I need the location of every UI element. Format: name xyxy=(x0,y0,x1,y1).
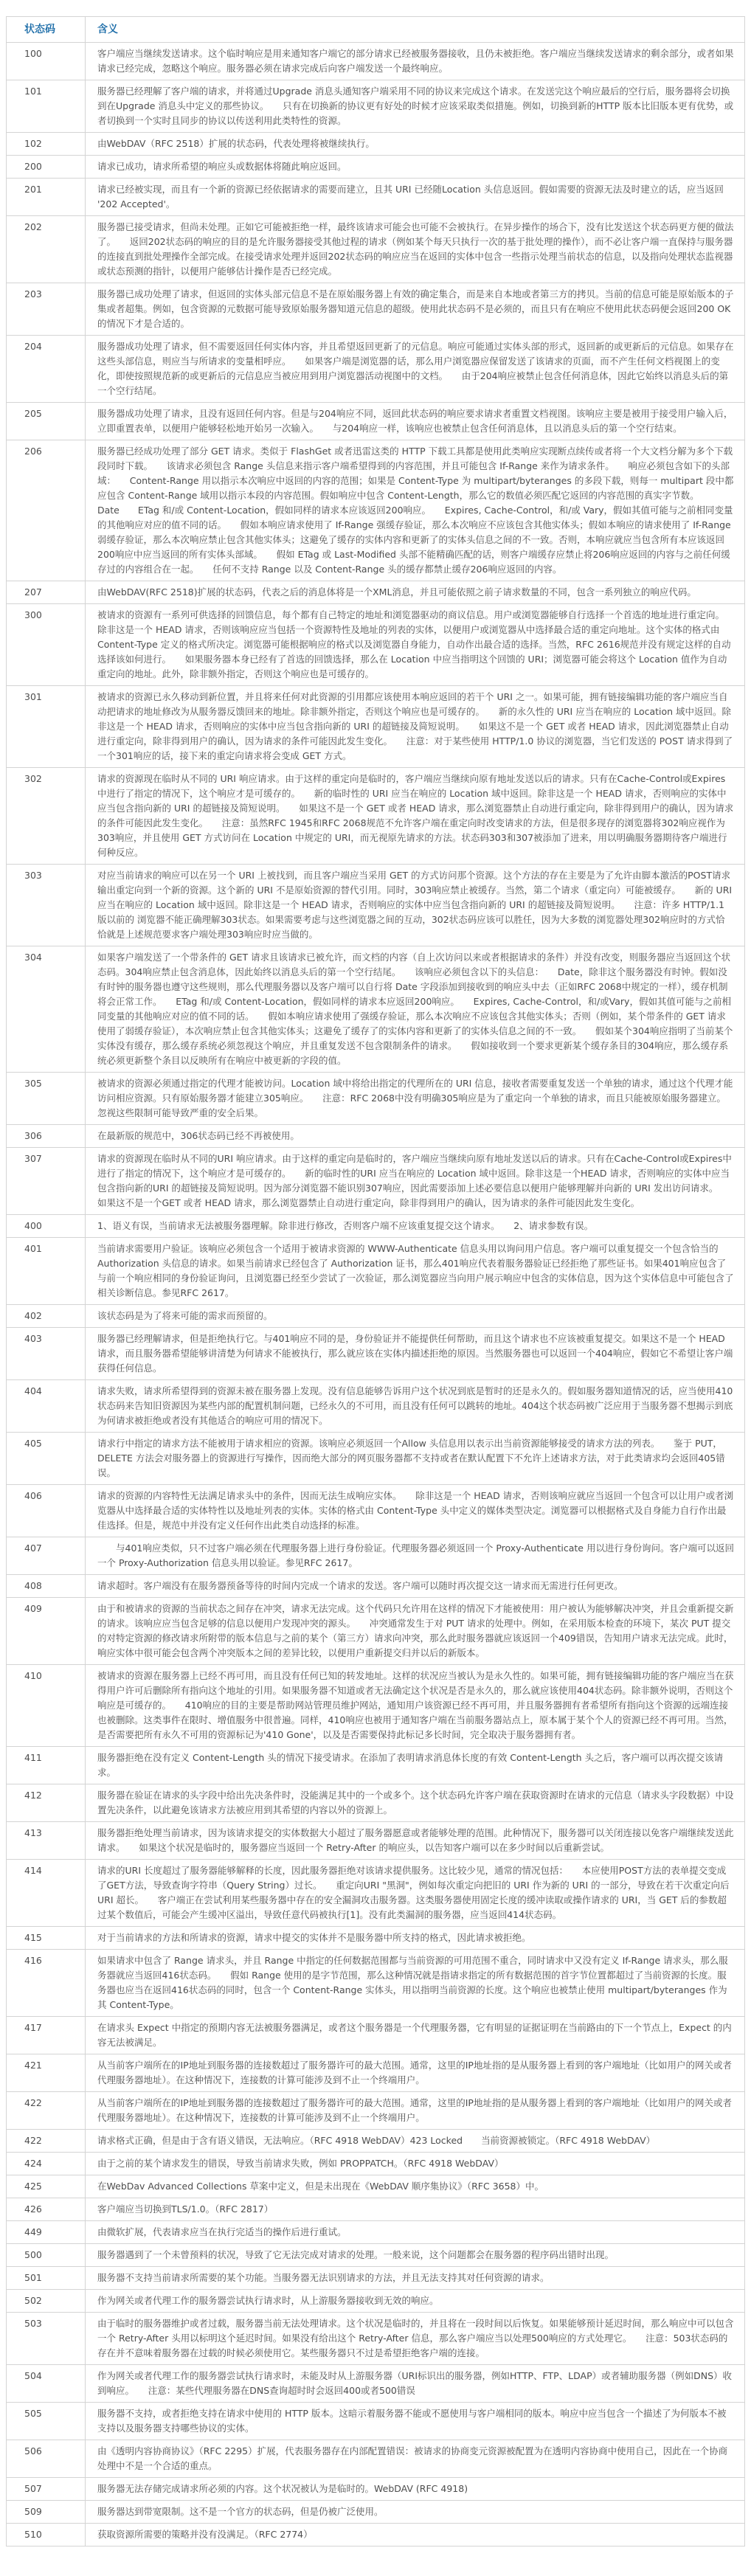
page: { "colors": { "header_text": "#1b6ca8", … xyxy=(0,0,751,2576)
status-code-cell: 304 xyxy=(7,946,86,1073)
status-meaning-cell: 请求的资源现在临时从不同的URI 响应请求。由于这样的重定向是临时的，客户端应当… xyxy=(86,1148,745,1215)
status-code-cell: 411 xyxy=(7,1747,86,1784)
status-code-cell: 417 xyxy=(7,2017,86,2054)
table-row: 403服务器已经理解请求，但是拒绝执行它。与401响应不同的是，身份验证并不能提… xyxy=(7,1328,745,1380)
status-meaning-cell: 作为网关或者代理工作的服务器尝试执行请求时，从上游服务器接收到无效的响应。 xyxy=(86,2290,745,2313)
status-meaning-cell: 如果请求中包含了 Range 请求头，并且 Range 中指定的任何数据范围都与… xyxy=(86,1950,745,2017)
table-row: 202服务器已接受请求，但尚未处理。正如它可能被拒绝一样，最终该请求可能会也可能… xyxy=(7,216,745,283)
status-code-cell: 305 xyxy=(7,1073,86,1125)
status-code-cell: 510 xyxy=(7,2524,86,2546)
status-meaning-cell: 由《透明内容协商协议》（RFC 2295）扩展，代表服务器存在内部配置错误：被请… xyxy=(86,2440,745,2478)
table-row: 102由WebDAV（RFC 2518）扩展的状态码，代表处理将被继续执行。 xyxy=(7,133,745,156)
table-row: 409由于和被请求的资源的当前状态之间存在冲突，请求无法完成。这个代码只允许用在… xyxy=(7,1598,745,1665)
table-row: 204服务器成功处理了请求，但不需要返回任何实体内容，并且希望返回更新了的元信息… xyxy=(7,336,745,403)
status-code-cell: 306 xyxy=(7,1125,86,1148)
status-meaning-cell: 被请求的资源有一系列可供选择的回馈信息，每个都有自己特定的地址和浏览器驱动的商议… xyxy=(86,604,745,686)
status-meaning-cell: 被请求的资源在服务器上已经不再可用，而且没有任何已知的转发地址。这样的状况应当被… xyxy=(86,1665,745,1747)
status-code-cell: 504 xyxy=(7,2365,86,2403)
status-meaning-cell: 服务器拒绝处理当前请求，因为该请求提交的实体数据大小超过了服务器愿意或者能够处理… xyxy=(86,1822,745,1860)
status-code-cell: 207 xyxy=(7,581,86,604)
status-code-cell: 408 xyxy=(7,1575,86,1598)
status-code-cell: 503 xyxy=(7,2313,86,2365)
table-row: 421从当前客户端所在的IP地址到服务器的连接数超过了服务器许可的最大范围。通常… xyxy=(7,2054,745,2092)
status-meaning-cell: 在WebDav Advanced Collections 草案中定义，但是未出现… xyxy=(86,2175,745,2198)
table-row: 507服务器无法存储完成请求所必须的内容。这个状况被认为是临时的。WebDAV … xyxy=(7,2478,745,2501)
table-row: 402该状态码是为了将来可能的需求而预留的。 xyxy=(7,1305,745,1328)
table-row: 304如果客户端发送了一个带条件的 GET 请求且该请求已被允许，而文档的内容（… xyxy=(7,946,745,1073)
status-meaning-cell: 服务器遇到了一个未曾预料的状况，导致了它无法完成对请求的处理。一般来说，这个问题… xyxy=(86,2244,745,2267)
table-row: 422请求格式正确，但是由于含有语义错误，无法响应。（RFC 4918 WebD… xyxy=(7,2130,745,2153)
status-meaning-cell: 由微软扩展，代表请求应当在执行完适当的操作后进行重试。 xyxy=(86,2221,745,2244)
status-meaning-cell: 在请求头 Expect 中指定的预期内容无法被服务器满足，或者这个服务器是一个代… xyxy=(86,2017,745,2054)
table-row: 411服务器拒绝在没有定义 Content-Length 头的情况下接受请求。在… xyxy=(7,1747,745,1784)
status-meaning-cell: 当前请求需要用户验证。该响应必须包含一个适用于被请求资源的 WWW-Authen… xyxy=(86,1238,745,1305)
status-code-cell: 449 xyxy=(7,2221,86,2244)
table-body: 100客户端应当继续发送请求。这个临时响应是用来通知客户端它的部分请求已经被服务… xyxy=(7,43,745,2546)
status-code-cell: 101 xyxy=(7,80,86,133)
status-code-cell: 407 xyxy=(7,1537,86,1575)
status-meaning-cell: 由于和被请求的资源的当前状态之间存在冲突，请求无法完成。这个代码只允许用在这样的… xyxy=(86,1598,745,1665)
status-meaning-cell: 对于当前请求的方法和所请求的资源，请求中提交的实体并不是服务器中所支持的格式，因… xyxy=(86,1927,745,1950)
table-row: 401当前请求需要用户验证。该响应必须包含一个适用于被请求资源的 WWW-Aut… xyxy=(7,1238,745,1305)
table-row: 424由于之前的某个请求发生的错误，导致当前请求失败，例如 PROPPATCH。… xyxy=(7,2153,745,2175)
status-code-cell: 506 xyxy=(7,2440,86,2478)
status-meaning-cell: 服务器成功处理了请求，且没有返回任何内容。但是与204响应不同，返回此状态码的响… xyxy=(86,403,745,440)
status-meaning-cell: 客户端应当切换到TLS/1.0。（RFC 2817） xyxy=(86,2198,745,2221)
status-code-cell: 204 xyxy=(7,336,86,403)
status-code-cell: 406 xyxy=(7,1485,86,1537)
status-meaning-cell: 客户端应当继续发送请求。这个临时响应是用来通知客户端它的部分请求已经被服务器接收… xyxy=(86,43,745,80)
status-code-cell: 410 xyxy=(7,1665,86,1747)
status-meaning-cell: 服务器拒绝在没有定义 Content-Length 头的情况下接受请求。在添加了… xyxy=(86,1747,745,1784)
table-row: 201请求已经被实现，而且有一个新的资源已经依据请求的需要而建立，且其 URI … xyxy=(7,179,745,216)
status-meaning-cell: 服务器无法存储完成请求所必须的内容。这个状况被认为是临时的。WebDAV (RF… xyxy=(86,2478,745,2501)
status-code-cell: 409 xyxy=(7,1598,86,1665)
table-row: 425在WebDav Advanced Collections 草案中定义，但是… xyxy=(7,2175,745,2198)
status-code-cell: 403 xyxy=(7,1328,86,1380)
status-code-cell: 414 xyxy=(7,1860,86,1927)
status-code-cell: 422 xyxy=(7,2130,86,2153)
status-meaning-cell: 由WebDAV（RFC 2518）扩展的状态码，代表处理将被继续执行。 xyxy=(86,133,745,156)
status-code-cell: 102 xyxy=(7,133,86,156)
table-row: 302请求的资源现在临时从不同的 URI 响应请求。由于这样的重定向是临时的，客… xyxy=(7,768,745,865)
status-meaning-cell: 从当前客户端所在的IP地址到服务器的连接数超过了服务器许可的最大范围。通常，这里… xyxy=(86,2092,745,2130)
content-area: 状态码 含义 100客户端应当继续发送请求。这个临时响应是用来通知客户端它的部分… xyxy=(0,0,751,2576)
column-header-meaning: 含义 xyxy=(86,17,745,43)
status-code-cell: 206 xyxy=(7,440,86,581)
status-meaning-cell: 从当前客户端所在的IP地址到服务器的连接数超过了服务器许可的最大范围。通常，这里… xyxy=(86,2054,745,2092)
table-row: 307请求的资源现在临时从不同的URI 响应请求。由于这样的重定向是临时的，客户… xyxy=(7,1148,745,1215)
table-row: 449由微软扩展，代表请求应当在执行完适当的操作后进行重试。 xyxy=(7,2221,745,2244)
status-meaning-cell: 服务器已成功处理了请求，但返回的实体头部元信息不是在原始服务器上有效的确定集合，… xyxy=(86,283,745,336)
status-code-cell: 402 xyxy=(7,1305,86,1328)
status-code-cell: 401 xyxy=(7,1238,86,1305)
status-meaning-cell: 请求失败，请求所希望得到的资源未被在服务器上发现。没有信息能够告诉用户这个状况到… xyxy=(86,1380,745,1433)
status-code-cell: 422 xyxy=(7,2092,86,2130)
table-row: 415对于当前请求的方法和所请求的资源，请求中提交的实体并不是服务器中所支持的格… xyxy=(7,1927,745,1950)
status-meaning-cell: 请求的资源现在临时从不同的 URI 响应请求。由于这样的重定向是临时的，客户端应… xyxy=(86,768,745,865)
status-code-cell: 100 xyxy=(7,43,86,80)
column-header-status-code: 状态码 xyxy=(7,17,86,43)
status-code-cell: 400 xyxy=(7,1215,86,1238)
status-code-cell: 303 xyxy=(7,865,86,946)
status-code-cell: 502 xyxy=(7,2290,86,2313)
table-row: 505服务器不支持，或者拒绝支持在请求中使用的 HTTP 版本。这暗示着服务器不… xyxy=(7,2403,745,2440)
status-code-cell: 501 xyxy=(7,2267,86,2290)
status-meaning-cell: 服务器已经理解了客户端的请求，并将通过Upgrade 消息头通知客户端采用不同的… xyxy=(86,80,745,133)
status-meaning-cell: 服务器已经成功处理了部分 GET 请求。类似于 FlashGet 或者迅雷这类的… xyxy=(86,440,745,581)
status-code-cell: 413 xyxy=(7,1822,86,1860)
status-meaning-cell: 被请求的资源已永久移动到新位置，并且将来任何对此资源的引用都应该使用本响应返回的… xyxy=(86,686,745,768)
table-row: 101服务器已经理解了客户端的请求，并将通过Upgrade 消息头通知客户端采用… xyxy=(7,80,745,133)
status-meaning-cell: 请求的URI 长度超过了服务器能够解释的长度，因此服务器拒绝对该请求提供服务。这… xyxy=(86,1860,745,1927)
table-row: 509服务器达到带宽限制。这不是一个官方的状态码，但是仍被广泛使用。 xyxy=(7,2501,745,2524)
status-code-cell: 405 xyxy=(7,1433,86,1485)
status-meaning-cell: 服务器不支持，或者拒绝支持在请求中使用的 HTTP 版本。这暗示着服务器不能或不… xyxy=(86,2403,745,2440)
status-meaning-cell: 由于临时的服务器维护或者过载，服务器当前无法处理请求。这个状况是临时的，并且将在… xyxy=(86,2313,745,2365)
table-row: 503由于临时的服务器维护或者过载，服务器当前无法处理请求。这个状况是临时的，并… xyxy=(7,2313,745,2365)
status-code-cell: 302 xyxy=(7,768,86,865)
status-meaning-cell: 该状态码是为了将来可能的需求而预留的。 xyxy=(86,1305,745,1328)
status-meaning-cell: 服务器已经理解请求，但是拒绝执行它。与401响应不同的是，身份验证并不能提供任何… xyxy=(86,1328,745,1380)
table-row: 406请求的资源的内容特性无法满足请求头中的条件，因而无法生成响应实体。 除非这… xyxy=(7,1485,745,1537)
table-row: 200请求已成功，请求所希望的响应头或数据体将随此响应返回。 xyxy=(7,156,745,179)
table-row: 206服务器已经成功处理了部分 GET 请求。类似于 FlashGet 或者迅雷… xyxy=(7,440,745,581)
status-meaning-cell: 服务器已接受请求，但尚未处理。正如它可能被拒绝一样，最终该请求可能会也可能不会被… xyxy=(86,216,745,283)
status-meaning-cell: 请求行中指定的请求方法不能被用于请求相应的资源。该响应必须返回一个Allow 头… xyxy=(86,1433,745,1485)
table-row: 4001、语义有误，当前请求无法被服务器理解。除非进行修改，否则客户端不应该重复… xyxy=(7,1215,745,1238)
table-row: 207由WebDAV(RFC 2518)扩展的状态码，代表之后的消息体将是一个X… xyxy=(7,581,745,604)
status-code-cell: 412 xyxy=(7,1784,86,1822)
status-code-cell: 307 xyxy=(7,1148,86,1215)
status-meaning-cell: 请求格式正确，但是由于含有语义错误，无法响应。（RFC 4918 WebDAV）… xyxy=(86,2130,745,2153)
status-meaning-cell: 如果客户端发送了一个带条件的 GET 请求且该请求已被允许，而文档的内容（自上次… xyxy=(86,946,745,1073)
table-row: 203服务器已成功处理了请求，但返回的实体头部元信息不是在原始服务器上有效的确定… xyxy=(7,283,745,336)
status-meaning-cell: 请求已经被实现，而且有一个新的资源已经依据请求的需要而建立，且其 URI 已经随… xyxy=(86,179,745,216)
table-row: 410被请求的资源在服务器上已经不再可用，而且没有任何已知的转发地址。这样的状况… xyxy=(7,1665,745,1747)
status-meaning-cell: 被请求的资源必须通过指定的代理才能被访问。Location 域中将给出指定的代理… xyxy=(86,1073,745,1125)
status-code-cell: 201 xyxy=(7,179,86,216)
status-code-cell: 415 xyxy=(7,1927,86,1950)
status-meaning-cell: 服务器不支持当前请求所需要的某个功能。当服务器无法识别请求的方法，并且无法支持其… xyxy=(86,2267,745,2290)
table-row: 405请求行中指定的请求方法不能被用于请求相应的资源。该响应必须返回一个Allo… xyxy=(7,1433,745,1485)
table-row: 426客户端应当切换到TLS/1.0。（RFC 2817） xyxy=(7,2198,745,2221)
table-row: 502作为网关或者代理工作的服务器尝试执行请求时，从上游服务器接收到无效的响应。 xyxy=(7,2290,745,2313)
status-meaning-cell: 获取资源所需要的策略并没有没满足。（RFC 2774） xyxy=(86,2524,745,2546)
status-code-cell: 500 xyxy=(7,2244,86,2267)
table-row: 414请求的URI 长度超过了服务器能够解释的长度，因此服务器拒绝对该请求提供服… xyxy=(7,1860,745,1927)
table-row: 301被请求的资源已永久移动到新位置，并且将来任何对此资源的引用都应该使用本响应… xyxy=(7,686,745,768)
status-meaning-cell: 对应当前请求的响应可以在另一个 URI 上被找到，而且客户端应当采用 GET 的… xyxy=(86,865,745,946)
table-row: 205服务器成功处理了请求，且没有返回任何内容。但是与204响应不同，返回此状态… xyxy=(7,403,745,440)
status-code-cell: 426 xyxy=(7,2198,86,2221)
status-code-cell: 424 xyxy=(7,2153,86,2175)
status-meaning-cell: 服务器在验证在请求的头字段中给出先决条件时，没能满足其中的一个或多个。这个状态码… xyxy=(86,1784,745,1822)
status-meaning-cell: 服务器成功处理了请求，但不需要返回任何实体内容，并且希望返回更新了的元信息。响应… xyxy=(86,336,745,403)
status-code-cell: 425 xyxy=(7,2175,86,2198)
status-code-cell: 416 xyxy=(7,1950,86,2017)
table-row: 501服务器不支持当前请求所需要的某个功能。当服务器无法识别请求的方法，并且无法… xyxy=(7,2267,745,2290)
table-row: 412服务器在验证在请求的头字段中给出先决条件时，没能满足其中的一个或多个。这个… xyxy=(7,1784,745,1822)
status-meaning-cell: 请求超时。客户端没有在服务器预备等待的时间内完成一个请求的发送。客户端可以随时再… xyxy=(86,1575,745,1598)
table-row: 300被请求的资源有一系列可供选择的回馈信息，每个都有自己特定的地址和浏览器驱动… xyxy=(7,604,745,686)
table-row: 500服务器遇到了一个未曾预料的状况，导致了它无法完成对请求的处理。一般来说，这… xyxy=(7,2244,745,2267)
table-row: 408请求超时。客户端没有在服务器预备等待的时间内完成一个请求的发送。客户端可以… xyxy=(7,1575,745,1598)
table-row: 416如果请求中包含了 Range 请求头，并且 Range 中指定的任何数据范… xyxy=(7,1950,745,2017)
table-row: 417在请求头 Expect 中指定的预期内容无法被服务器满足，或者这个服务器是… xyxy=(7,2017,745,2054)
table-row: 100客户端应当继续发送请求。这个临时响应是用来通知客户端它的部分请求已经被服务… xyxy=(7,43,745,80)
status-code-cell: 404 xyxy=(7,1380,86,1433)
status-code-cell: 505 xyxy=(7,2403,86,2440)
status-code-cell: 300 xyxy=(7,604,86,686)
status-code-cell: 202 xyxy=(7,216,86,283)
table-row: 506由《透明内容协商协议》（RFC 2295）扩展，代表服务器存在内部配置错误… xyxy=(7,2440,745,2478)
status-meaning-cell: 在最新版的规范中，306状态码已经不再被使用。 xyxy=(86,1125,745,1148)
status-code-cell: 301 xyxy=(7,686,86,768)
status-meaning-cell: 由于之前的某个请求发生的错误，导致当前请求失败，例如 PROPPATCH。（RF… xyxy=(86,2153,745,2175)
status-code-cell: 509 xyxy=(7,2501,86,2524)
table-row: 504作为网关或者代理工作的服务器尝试执行请求时，未能及时从上游服务器（URI标… xyxy=(7,2365,745,2403)
status-code-cell: 421 xyxy=(7,2054,86,2092)
table-row: 422从当前客户端所在的IP地址到服务器的连接数超过了服务器许可的最大范围。通常… xyxy=(7,2092,745,2130)
status-meaning-cell: 1、语义有误，当前请求无法被服务器理解。除非进行修改，否则客户端不应该重复提交这… xyxy=(86,1215,745,1238)
status-meaning-cell: 请求的资源的内容特性无法满足请求头中的条件，因而无法生成响应实体。 除非这是一个… xyxy=(86,1485,745,1537)
status-meaning-cell: 与401响应类似，只不过客户端必须在代理服务器上进行身份验证。代理服务器必须返回… xyxy=(86,1537,745,1575)
table-row: 305被请求的资源必须通过指定的代理才能被访问。Location 域中将给出指定… xyxy=(7,1073,745,1125)
status-code-cell: 200 xyxy=(7,156,86,179)
table-header-row: 状态码 含义 xyxy=(7,17,745,43)
status-meaning-cell: 请求已成功，请求所希望的响应头或数据体将随此响应返回。 xyxy=(86,156,745,179)
table-row: 306在最新版的规范中，306状态码已经不再被使用。 xyxy=(7,1125,745,1148)
table-row: 510获取资源所需要的策略并没有没满足。（RFC 2774） xyxy=(7,2524,745,2546)
status-code-cell: 507 xyxy=(7,2478,86,2501)
http-status-code-table: 状态码 含义 100客户端应当继续发送请求。这个临时响应是用来通知客户端它的部分… xyxy=(6,16,745,2546)
status-meaning-cell: 由WebDAV(RFC 2518)扩展的状态码，代表之后的消息体将是一个XML消… xyxy=(86,581,745,604)
table-row: 407 与401响应类似，只不过客户端必须在代理服务器上进行身份验证。代理服务器… xyxy=(7,1537,745,1575)
table-row: 404请求失败，请求所希望得到的资源未被在服务器上发现。没有信息能够告诉用户这个… xyxy=(7,1380,745,1433)
status-meaning-cell: 服务器达到带宽限制。这不是一个官方的状态码，但是仍被广泛使用。 xyxy=(86,2501,745,2524)
status-code-cell: 205 xyxy=(7,403,86,440)
status-code-cell: 203 xyxy=(7,283,86,336)
table-row: 413服务器拒绝处理当前请求，因为该请求提交的实体数据大小超过了服务器愿意或者能… xyxy=(7,1822,745,1860)
table-row: 303对应当前请求的响应可以在另一个 URI 上被找到，而且客户端应当采用 GE… xyxy=(7,865,745,946)
status-meaning-cell: 作为网关或者代理工作的服务器尝试执行请求时，未能及时从上游服务器（URI标识出的… xyxy=(86,2365,745,2403)
